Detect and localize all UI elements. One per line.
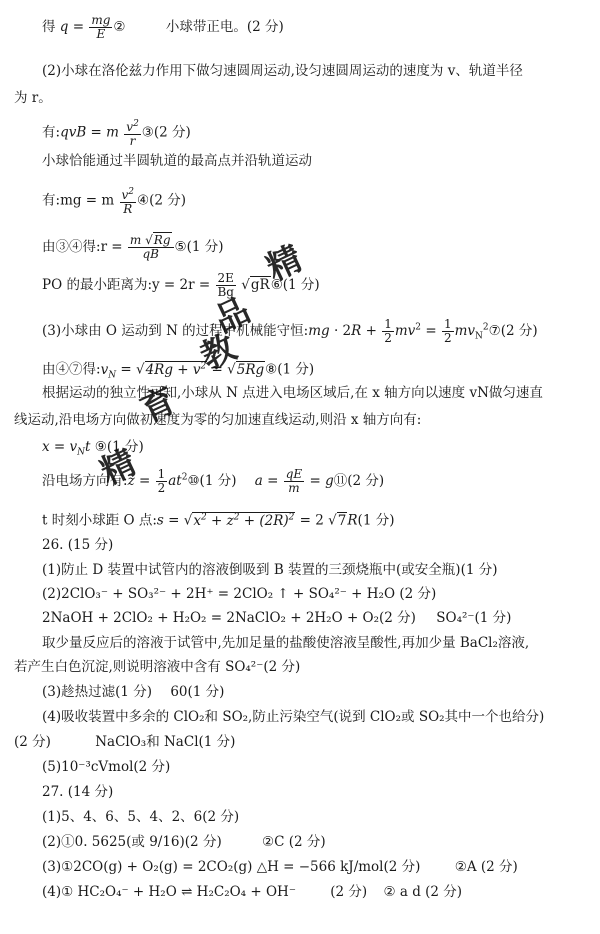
text: (3)小球由 O 运动到 N 的过程中机械能守恒: <box>42 323 308 339</box>
fraction-r: m √RgqB <box>128 234 174 261</box>
text: SO₄²⁻(1 分) <box>436 610 511 626</box>
question-27-header: 27. (14 分) <box>42 783 113 801</box>
text: ⑦(2 分) <box>489 323 538 339</box>
question-26-header: 26. (15 分) <box>42 536 113 554</box>
text: ③(2 分) <box>142 125 191 141</box>
text: (2)①0. 5625(或 9/16)(2 分) <box>42 834 222 850</box>
line-10: 由④⑦得:vN = √4Rg + v2 = √5Rg⑧(1 分) <box>42 357 314 384</box>
line-3: 为 r。 <box>14 89 52 107</box>
text: ②C (2 分) <box>262 834 326 850</box>
text: (3)①2CO(g) + O₂(g) = 2CO₂(g) △H = −566 k… <box>42 859 420 875</box>
text: ⑨(1 分) <box>95 439 144 455</box>
line-29: (3)①2CO(g) + O₂(g) = 2CO₂(g) △H = −566 k… <box>42 858 518 876</box>
text: ④(2 分) <box>137 193 186 209</box>
line-20: 取少量反应后的溶液于试管中,先加足量的盐酸使溶液呈酸性,再加少量 BaCl₂溶液… <box>42 634 529 652</box>
fraction-qE-over-m: qEm <box>284 468 304 495</box>
text: 有: <box>42 193 60 209</box>
text: ② a d (2 分) <box>383 884 462 900</box>
text: NaClO₃和 NaCl(1 分) <box>95 734 235 750</box>
line-14: 沿电场方向有:z = 12at2⑩(1 分) a = qEm = g⑪(2 分) <box>42 468 384 495</box>
text: 有: <box>42 125 60 141</box>
fraction-half: 12 <box>442 318 454 345</box>
line-23: (4)吸收装置中多余的 ClO₂和 SO₂,防止污染空气(说到 ClO₂或 SO… <box>42 708 544 726</box>
text: (4)① HC₂O₄⁻ + H₂O ⇌ H₂C₂O₄ + OH⁻ <box>42 884 296 900</box>
line-21: 若产生白色沉淀,则说明溶液中含有 SO₄²⁻(2 分) <box>14 658 300 676</box>
text: ⑧(1 分) <box>265 362 314 378</box>
line-18: (2)2ClO₃⁻ + SO₃²⁻ + 2H⁺ = 2ClO₂ ↑ + SO₄²… <box>42 585 436 603</box>
line-5: 小球恰能通过半圆轨道的最高点并沿轨道运动 <box>42 152 312 170</box>
text: (2 分) <box>330 884 367 900</box>
line-15: t 时刻小球距 O 点:s = √x2 + z2 + (2R)2 = 2 √7R… <box>42 508 394 530</box>
line-8: PO 的最小距离为:y = 2r = 2EBg √gR⑥(1 分) <box>42 272 320 299</box>
text: ⑥(1 分) <box>271 277 320 293</box>
text: 2NaOH + 2ClO₂ + H₂O₂ = 2NaClO₂ + 2H₂O + … <box>42 610 416 626</box>
line-7: 由③④得:r = m √RgqB⑤(1 分) <box>42 234 224 261</box>
line-2: (2)小球在洛伦兹力作用下做匀速圆周运动,设匀速圆周运动的速度为 v、轨道半径 <box>42 62 523 80</box>
text: ②A (2 分) <box>455 859 518 875</box>
line-13: x = vNt ⑨(1 分) <box>42 438 144 462</box>
fraction-v2-over-r: v2r <box>124 118 141 148</box>
text: 60(1 分) <box>170 684 224 700</box>
text: (2 分) <box>14 734 51 750</box>
text: t 时刻小球距 O 点: <box>42 513 157 529</box>
text: 小球带正电。(2 分) <box>166 19 284 35</box>
text: 得 <box>42 19 60 35</box>
fraction-half: 12 <box>156 468 168 495</box>
line-1: 得 q = mgE② 小球带正电。(2 分) <box>42 14 284 41</box>
text: (3)趁热过滤(1 分) <box>42 684 152 700</box>
fraction-v2-over-R: v2R <box>120 186 137 216</box>
text: PO 的最小距离为: <box>42 277 152 293</box>
fraction-half: 12 <box>382 318 394 345</box>
line-6: 有:mg = m v2R④(2 分) <box>42 186 186 216</box>
fraction-2E-over-Bg: 2EBg <box>215 272 236 299</box>
line-25: (5)10⁻³cVmol(2 分) <box>42 758 170 776</box>
text: ⑩(1 分) <box>187 473 236 489</box>
line-4: 有:qvB = m v2r③(2 分) <box>42 118 191 148</box>
line-22: (3)趁热过滤(1 分) 60(1 分) <box>42 683 224 701</box>
fraction-mg-over-E: mgE <box>89 14 112 41</box>
line-11: 根据运动的独立性可知,小球从 N 点进入电场区域后,在 x 轴方向以速度 vN做… <box>42 384 543 402</box>
line-30: (4)① HC₂O₄⁻ + H₂O ⇌ H₂C₂O₄ + OH⁻ (2 分) ②… <box>42 883 462 901</box>
line-19: 2NaOH + 2ClO₂ + H₂O₂ = 2NaClO₂ + 2H₂O + … <box>42 609 511 627</box>
line-24: (2 分) NaClO₃和 NaCl(1 分) <box>14 733 235 751</box>
line-27: (1)5、4、6、5、4、2、6(2 分) <box>42 808 239 826</box>
line-9: (3)小球由 O 运动到 N 的过程中机械能守恒:mg · 2R + 12mv2… <box>42 318 538 346</box>
text: 由③④得: <box>42 239 101 255</box>
text: ⑤(1 分) <box>175 239 224 255</box>
text: ⑪(2 分) <box>334 473 384 489</box>
text: (1 分) <box>358 513 395 529</box>
line-17: (1)防止 D 装置中试管内的溶液倒吸到 B 装置的三颈烧瓶中(或安全瓶)(1 … <box>42 561 497 579</box>
line-28: (2)①0. 5625(或 9/16)(2 分) ②C (2 分) <box>42 833 326 851</box>
text: 沿电场方向有: <box>42 473 128 489</box>
text: 由④⑦得: <box>42 362 101 378</box>
line-12: 线运动,沿电场方向做初速度为零的匀加速直线运动,则沿 x 轴方向有: <box>14 411 421 429</box>
